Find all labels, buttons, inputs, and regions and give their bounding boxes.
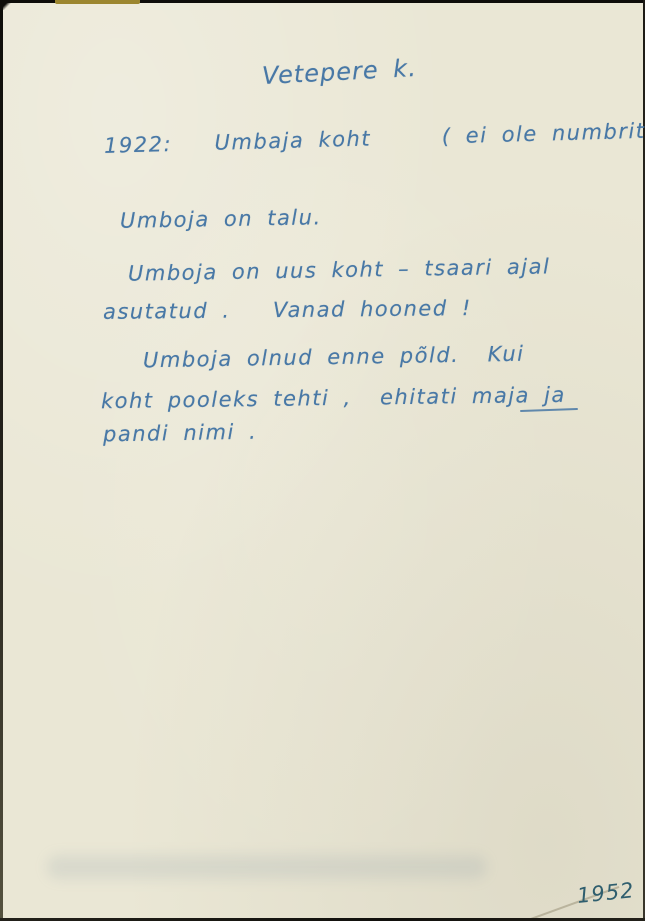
archival-photo: Vetepere k. 1922: Umbaja koht ( ei ole n…	[0, 0, 645, 921]
ink-show-through	[47, 855, 487, 879]
handwritten-line-2: Umboja on talu.	[120, 205, 322, 233]
page-edge-stain	[55, 0, 140, 4]
handwritten-line-4: asutatud . Vanad hooned !	[103, 296, 472, 324]
handwritten-line-7: pandi nimi .	[103, 420, 258, 447]
page-edge-left	[0, 0, 3, 921]
page-corner-shadow	[0, 0, 14, 10]
